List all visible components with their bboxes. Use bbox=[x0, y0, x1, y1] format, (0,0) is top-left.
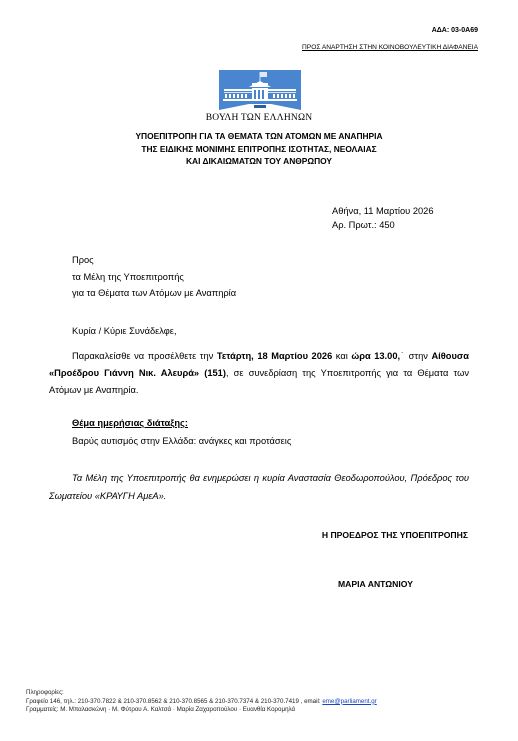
recipient-line: τα Μέλη της Υποεπιτροπής bbox=[72, 269, 236, 286]
recipient-block: Προς τα Μέλη της Υποεπιτροπής για τα Θέμ… bbox=[72, 252, 236, 302]
protocol-number: Αρ. Πρωτ.: 450 bbox=[332, 218, 434, 232]
footer-secretaries: Γραμματείς: Μ. Μπαλασκώνη · Μ. Φύτρου Α.… bbox=[26, 706, 377, 715]
salutation: Κυρία / Κύριε Συνάδελφε, bbox=[72, 326, 177, 336]
hellenic-parliament-building-icon bbox=[219, 68, 301, 112]
meeting-date: Τετάρτη, 18 Μαρτίου 2026 bbox=[217, 351, 332, 361]
briefing-paragraph: Τα Μέλη της Υποεπιτροπής θα ενημερώσει η… bbox=[49, 469, 469, 505]
recipient-line: για τα Θέματα των Ατόμων με Αναπηρία bbox=[72, 285, 236, 302]
transparency-notice: ΠΡΟΣ ΑΝΑΡΤΗΣΗ ΣΤΗΝ ΚΟΙΝΟΒΟΥΛΕΥΤΙΚΗ ΔΙΑΦΑ… bbox=[302, 44, 478, 51]
footer-contact: Γραφείο 146, τηλ.: 210-370.7822 & 210-37… bbox=[26, 698, 377, 707]
place-date: Αθήνα, 11 Μαρτίου 2026 bbox=[332, 204, 434, 218]
committee-line: ΚΑΙ ΔΙΚΑΙΩΜΑΤΩΝ ΤΟΥ ΑΝΘΡΩΠΟΥ bbox=[0, 155, 518, 168]
meeting-time: ώρα 13.00, bbox=[351, 351, 400, 361]
email-link[interactable]: eme@parliament.gr bbox=[322, 698, 376, 705]
place-date-block: Αθήνα, 11 Μαρτίου 2026 Αρ. Πρωτ.: 450 bbox=[332, 204, 434, 232]
parliament-name: ΒΟΥΛΗ ΤΩΝ ΕΛΛΗΝΩΝ bbox=[0, 113, 518, 123]
footer-info: Πληροφορίες: Γραφείο 146, τηλ.: 210-370.… bbox=[26, 689, 377, 715]
signature-title: Η ΠΡΟΕΔΡΟΣ ΤΗΣ ΥΠΟΕΠΙΤΡΟΠΗΣ bbox=[0, 530, 468, 540]
briefing-text: Τα Μέλη της Υποεπιτροπής θα ενημερώσει η… bbox=[49, 473, 469, 501]
committee-heading: ΥΠΟΕΠΙΤΡΟΠΗ ΓΙΑ ΤΑ ΘΕΜΑΤΑ ΤΩΝ ΑΤΟΜΩΝ ΜΕ … bbox=[0, 130, 518, 168]
signature-name: ΜΑΡΙΑ ΑΝΤΩΝΙΟΥ bbox=[338, 579, 413, 589]
agenda-title: Θέμα ημερήσιας διάταξης: bbox=[72, 418, 188, 428]
committee-line: ΥΠΟΕΠΙΤΡΟΠΗ ΓΙΑ ΤΑ ΘΕΜΑΤΑ ΤΩΝ ΑΤΟΜΩΝ ΜΕ … bbox=[0, 130, 518, 143]
invitation-text: ˙ στην bbox=[400, 351, 431, 361]
agenda-topic: Βαρύς αυτισμός στην Ελλάδα: ανάγκες και … bbox=[72, 436, 291, 446]
ada-code: ΑΔΑ: 03-0Α69 bbox=[432, 27, 478, 34]
contact-phones: Γραφείο 146, τηλ.: 210-370.7822 & 210-37… bbox=[26, 698, 322, 705]
invitation-text: και bbox=[332, 351, 351, 361]
footer-label: Πληροφορίες: bbox=[26, 689, 377, 698]
committee-line: ΤΗΣ ΕΙΔΙΚΗΣ ΜΟΝΙΜΗΣ ΕΠΙΤΡΟΠΗΣ ΙΣΟΤΗΤΑΣ, … bbox=[0, 143, 518, 156]
recipient-line: Προς bbox=[72, 252, 236, 269]
invitation-paragraph: Παρακαλείσθε να προσέλθετε την Τετάρτη, … bbox=[49, 348, 469, 399]
invitation-text: Παρακαλείσθε να προσέλθετε την bbox=[72, 351, 217, 361]
